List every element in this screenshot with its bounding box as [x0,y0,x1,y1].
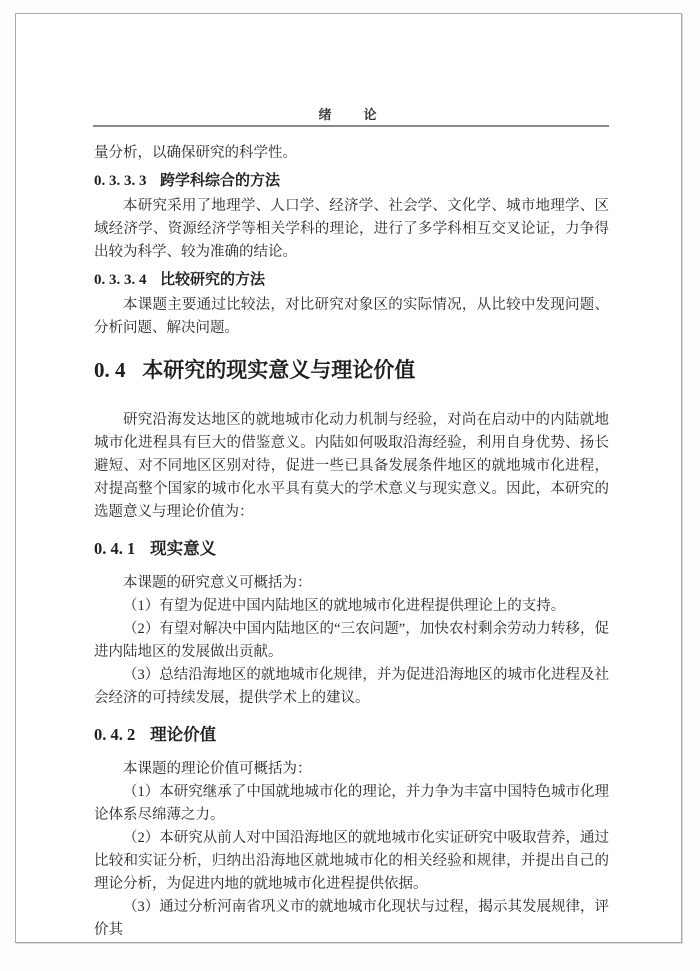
section-heading: 0. 3. 3. 4比较研究的方法 [94,268,609,292]
running-header: 绪 论 [16,107,681,122]
section-heading: 0. 3. 3. 3跨学科综合的方法 [94,169,609,193]
content-blocks: 量分析，以确保研究的科学性。0. 3. 3. 3跨学科综合的方法本研究采用了地理… [94,142,609,942]
scanned-book-page: 绪 论 量分析，以确保研究的科学性。0. 3. 3. 3跨学科综合的方法本研究采… [15,13,682,943]
section-heading-number: 0. 3. 3. 3 [94,173,147,189]
section-heading-number: 0. 4 [94,358,126,382]
paragraph: （2）有望对解决中国内陆地区的“三农问题”，加快农村剩余劳动力转移，促进内陆地区… [94,618,609,664]
paragraph: 量分析，以确保研究的科学性。 [94,142,609,165]
paragraph: 本课题主要通过比较法，对比研究对象区的实际情况，从比较中发现问题、分析问题、解决… [94,294,609,340]
paragraph: （3）通过分析河南省巩义市的就地城市化现状与过程，揭示其发展规律，评价其 [94,896,609,942]
paragraph: 本研究采用了地理学、人口学、经济学、社会学、文化学、城市地理学、区域经济学、资源… [94,195,609,264]
paragraph: （1）本研究继承了中国就地城市化的理论，并力争为丰富中国特色城市化理论体系尽绵薄… [94,781,609,827]
paragraph: 研究沿海发达地区的就地城市化动力机制与经验，对尚在启动中的内陆就地城市化进程具有… [94,409,609,524]
section-heading-title: 本研究的现实意义与理论价值 [142,359,415,382]
section-heading: 0. 4. 2理论价值 [94,723,609,747]
section-heading-title: 跨学科综合的方法 [160,172,280,189]
paragraph: （1）有望为促进中国内陆地区的就地城市化进程提供理论上的支持。 [94,595,609,618]
header-rule [93,125,609,127]
section-heading: 0. 4本研究的现实意义与理论价值 [94,356,609,385]
section-heading-title: 比较研究的方法 [160,271,265,288]
section-heading-number: 0. 4. 2 [94,725,135,744]
section-heading-title: 理论价值 [150,726,216,744]
section-heading-title: 现实意义 [150,540,216,558]
paragraph: （2）本研究从前人对中国沿海地区的就地城市化实证研究中吸取营养，通过比较和实证分… [94,827,609,896]
paragraph: 本课题的研究意义可概括为： [94,572,609,595]
paragraph: 本课题的理论价值可概括为： [94,758,609,781]
section-heading-number: 0. 3. 3. 4 [94,272,147,288]
section-heading-number: 0. 4. 1 [94,539,135,558]
section-heading: 0. 4. 1现实意义 [94,537,609,561]
paragraph: （3）总结沿海地区的就地城市化规律，并为促进沿海地区的城市化进程及社会经济的可持… [94,664,609,710]
